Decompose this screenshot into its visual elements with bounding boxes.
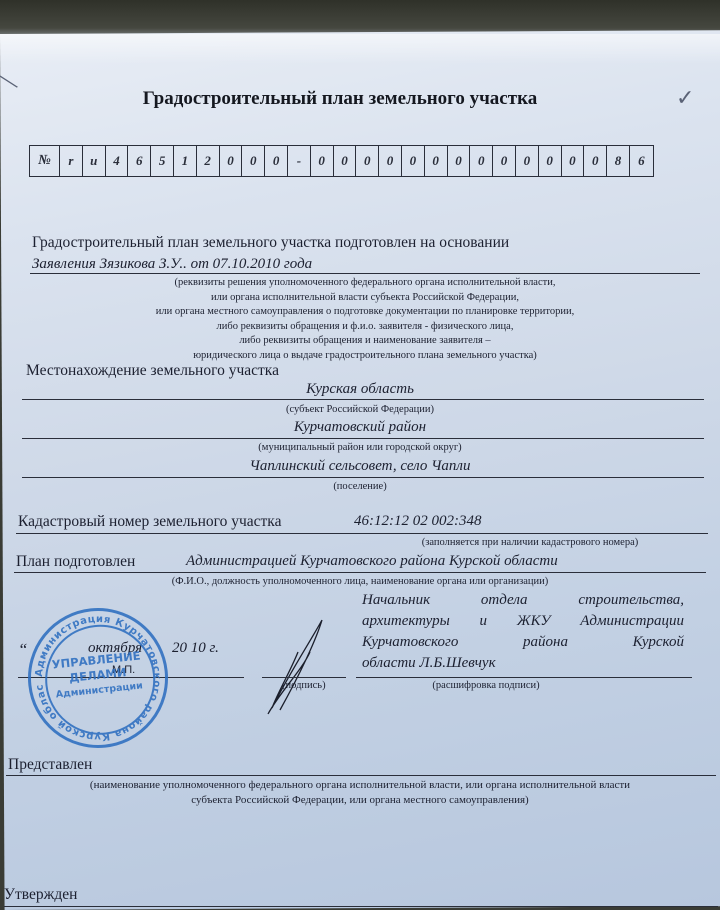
presented-underline [6,775,716,776]
signature-underline [262,677,346,678]
date-year: 20 10 г. [172,640,219,657]
settlement-hint: (поселение) [20,480,700,495]
prepared-hint: (Ф.И.О., должность уполномоченного лица,… [14,575,706,590]
basis-label: Градостроительный план земельного участк… [32,234,509,252]
number-cell: 0 [516,146,539,176]
hint-line: либо реквизиты обращения и ф.и.о. заявит… [60,320,670,335]
number-cell: r [60,146,83,176]
cadastral-label: Кадастровый номер земельного участка [18,513,281,531]
number-cell: 0 [220,146,243,176]
district-value: Курчатовский район [20,419,700,436]
number-cell: 0 [539,146,562,176]
hint-line: (реквизиты решения уполномоченного федер… [60,276,670,291]
decode-underline [356,677,692,678]
presented-hint: (наименование уполномоченного федерально… [10,778,710,807]
number-cell: 0 [562,146,585,176]
number-cell: 0 [448,146,471,176]
plan-number-grid: № ru46512000-000000000000086 [29,145,654,177]
prepared-label: План подготовлен [16,553,135,571]
number-cell: 0 [470,146,493,176]
number-sign: № [30,146,60,176]
number-cell: 0 [493,146,516,176]
number-cell: 0 [334,146,357,176]
signature-hint: (подпись) [282,679,326,694]
document-title: Градостроительный план земельного участк… [0,88,680,110]
number-cell: 0 [311,146,334,176]
cadastral-hint: (заполняется при наличии кадастрового но… [380,536,680,551]
number-cell: - [288,146,311,176]
number-cell: 0 [265,146,288,176]
number-cell: 0 [402,146,425,176]
settlement-underline [22,477,704,478]
basis-underline [30,273,700,274]
number-cell: 0 [379,146,402,176]
region-underline [22,399,704,400]
approved-underline [4,906,718,907]
hint-line: юридического лица о выдаче градостроител… [60,349,670,364]
hint-line: или органа исполнительной власти субъект… [60,291,670,306]
region-value: Курская область [20,381,700,398]
prepared-value: Администрацией Курчатовского района Курс… [186,553,558,570]
number-cell: 4 [106,146,129,176]
hint-line: либо реквизиты обращения и наименование … [60,334,670,349]
district-hint: (муниципальный район или городской округ… [20,441,700,456]
hint-line: субъекта Российской Федерации, или орган… [10,793,710,808]
location-label: Местонахождение земельного участка [26,362,279,380]
approved-label: Утвержден [4,886,77,904]
number-cell: 8 [607,146,630,176]
number-cell: 6 [128,146,151,176]
decode-hint: (расшифровка подписи) [356,679,616,694]
number-cell: 2 [197,146,220,176]
settlement-value: Чаплинский сельсовет, село Чапли [20,458,700,475]
district-underline [22,438,704,439]
number-cell: 0 [356,146,379,176]
number-cell: u [83,146,106,176]
presented-label: Представлен [8,756,92,774]
cadastral-value: 46:12:12 02 002:348 [354,513,482,530]
position-line: архитектуры и ЖКУ Администрации [362,611,684,632]
number-cell: 0 [584,146,607,176]
number-cell: 0 [425,146,448,176]
position-line: Курчатовского района Курской [362,632,684,653]
basis-hint: (реквизиты решения уполномоченного федер… [60,276,670,363]
prepared-underline [14,572,706,573]
position-line: Начальник отдела строительства, [362,590,684,611]
official-stamp: Администрация Курчатовского района Курск… [21,601,175,755]
region-hint: (субъект Российской Федерации) [20,403,700,418]
cadastral-underline [16,533,708,534]
basis-value: Заявления Зязикова З.У.. от 07.10.2010 г… [32,256,312,273]
number-cell: 5 [151,146,174,176]
hint-line: (наименование уполномоченного федерально… [10,778,710,793]
plastic-sleeve-glare [0,34,720,64]
number-cell: 1 [174,146,197,176]
handwritten-signature [250,612,340,722]
number-cell: 0 [242,146,265,176]
position-line: области Л.Б.Шевчук [362,653,684,674]
hint-line: или органа местного самоуправления о под… [60,305,670,320]
signer-position: Начальник отдела строительства, архитект… [362,590,684,674]
checkmark-icon: ✓ [676,86,694,111]
number-cell: 6 [630,146,653,176]
